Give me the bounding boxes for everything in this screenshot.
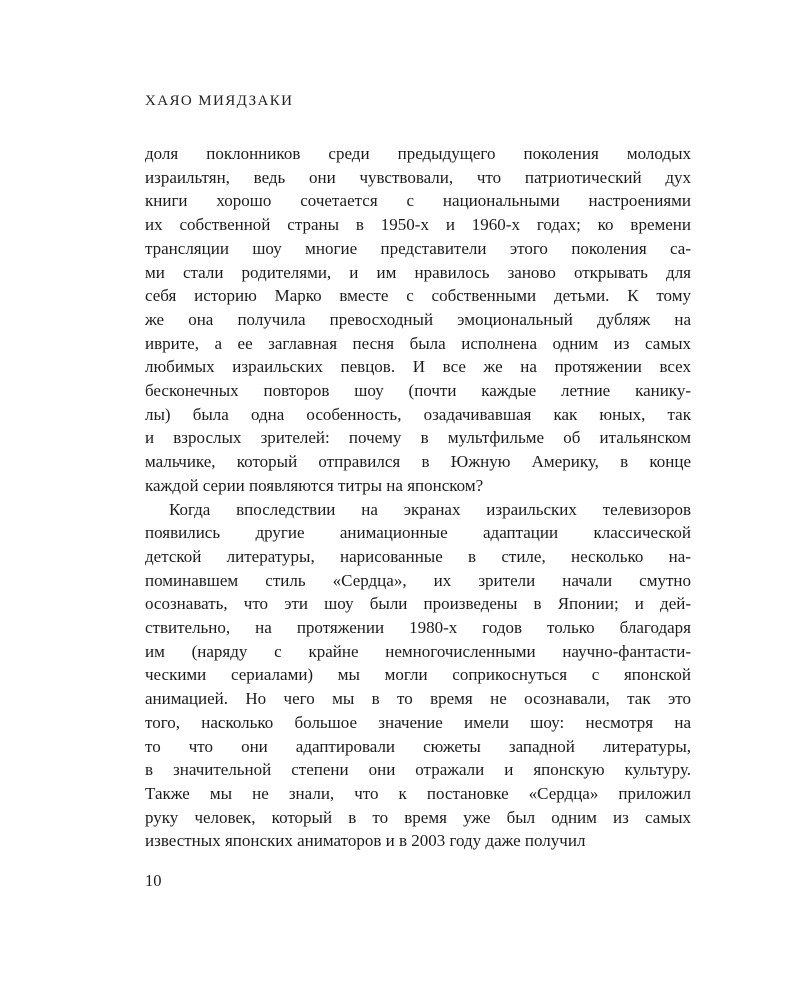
text-line: бесконечных повторов шоу (почти каждые л… xyxy=(145,379,691,403)
text-line: им (наряду с крайне немногочисленными на… xyxy=(145,640,691,664)
text-line: появились другие анимационные адаптации … xyxy=(145,521,691,545)
text-line: их собственной страны в 1950-х и 1960-х … xyxy=(145,213,691,237)
text-line: и взрослых зрителей: почему в мультфильм… xyxy=(145,426,691,450)
text-line: анимацией. Но чего мы в то время не осоз… xyxy=(145,687,691,711)
text-line: Когда впоследствии на экранах израильски… xyxy=(145,498,691,522)
text-line: осознавать, что эти шоу были произведены… xyxy=(145,592,691,616)
text-line: ми стали родителями, и им нравилось зано… xyxy=(145,261,691,285)
text-line: детской литературы, нарисованные в стиле… xyxy=(145,545,691,569)
text-line: поминавшем стиль «Сердца», их зрители на… xyxy=(145,569,691,593)
text-line: трансляции шоу многие представители этог… xyxy=(145,237,691,261)
text-line: руку человек, который в то время уже был… xyxy=(145,806,691,830)
page-number: 10 xyxy=(145,871,162,891)
text-line: мальчике, который отправился в Южную Аме… xyxy=(145,450,691,474)
text-line: израильтян, ведь они чувствовали, что па… xyxy=(145,166,691,190)
text-line: же она получила превосходный эмоциональн… xyxy=(145,308,691,332)
running-head: ХАЯО МИЯДЗАКИ xyxy=(145,93,293,110)
text-line: Также мы не знали, что к постановке «Сер… xyxy=(145,782,691,806)
text-line: в значительной степени они отражали и яп… xyxy=(145,758,691,782)
text-line: лы) была одна особенность, озадачивавшая… xyxy=(145,403,691,427)
text-line: книги хорошо сочетается с национальными … xyxy=(145,189,691,213)
book-page: ХАЯО МИЯДЗАКИ доля поклонников среди пре… xyxy=(0,0,800,1000)
text-line: ствительно, на протяжении 1980-х годов т… xyxy=(145,616,691,640)
text-line: то что они адаптировали сюжеты западной … xyxy=(145,735,691,759)
text-line: каждой серии появляются титры на японско… xyxy=(145,474,691,498)
text-line: себя историю Марко вместе с собственными… xyxy=(145,284,691,308)
text-line: ческими сериалами) мы могли соприкоснуть… xyxy=(145,663,691,687)
paragraph: доля поклонников среди предыдущего покол… xyxy=(145,142,691,498)
paragraph: Когда впоследствии на экранах израильски… xyxy=(145,498,691,854)
text-line: известных японских аниматоров и в 2003 г… xyxy=(145,829,691,853)
text-line: иврите, а ее заглавная песня была исполн… xyxy=(145,332,691,356)
text-line: того, насколько большое значение имели ш… xyxy=(145,711,691,735)
text-line: любимых израильских певцов. И все же на … xyxy=(145,355,691,379)
body-text: доля поклонников среди предыдущего покол… xyxy=(145,142,691,853)
text-line: доля поклонников среди предыдущего покол… xyxy=(145,142,691,166)
